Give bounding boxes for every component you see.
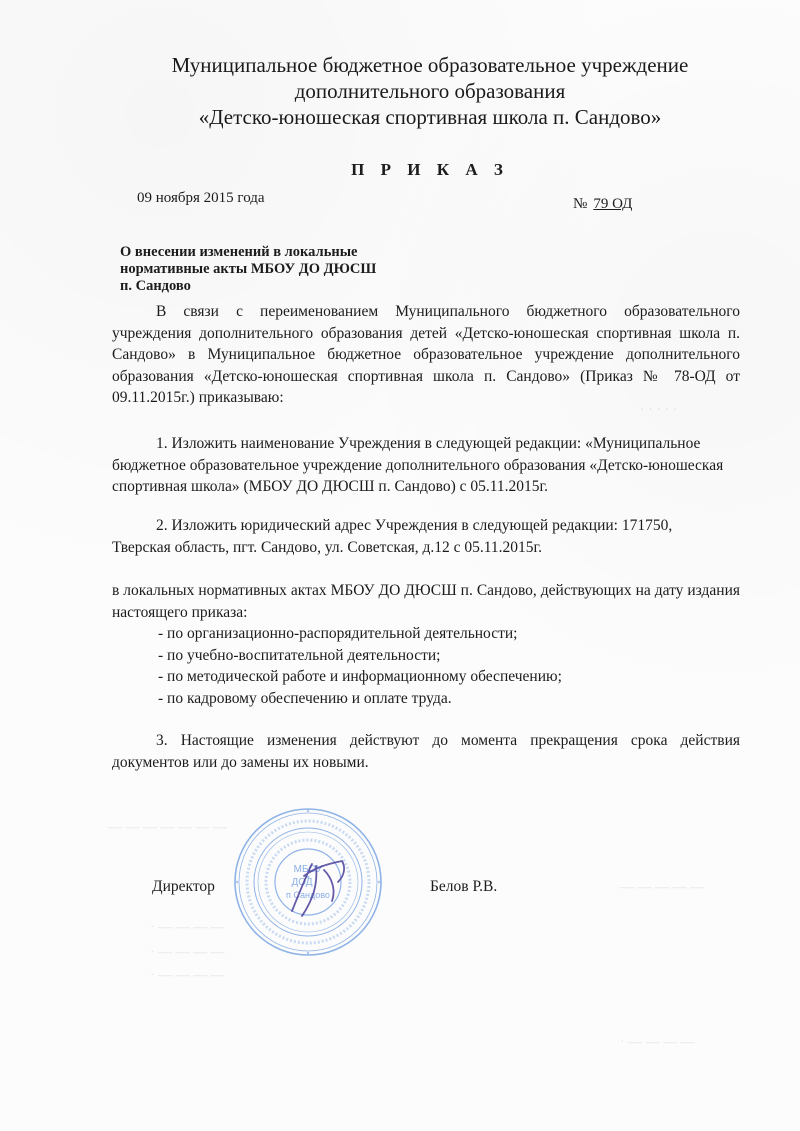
- item-1: 1. Изложить наименование Учреждения в сл…: [112, 433, 734, 498]
- signatory-name: Белов Р.В.: [430, 878, 497, 896]
- signatory-title: Директор: [152, 878, 215, 896]
- order-title: П Р И К А З: [0, 160, 800, 180]
- bleed-through-mark: · — — — —: [620, 1035, 695, 1051]
- item-2: 2. Изложить юридический адрес Учреждения…: [112, 515, 734, 558]
- order-date: 09 ноября 2015 года: [137, 190, 265, 207]
- order-number: №79 ОД: [573, 196, 632, 213]
- order-subject: О внесении изменений в локальные нормати…: [120, 244, 376, 295]
- official-stamp: МБОУ ДОД п Сандово: [232, 806, 384, 958]
- item-3: 3. Настоящие изменения действуют до моме…: [112, 730, 740, 773]
- applies-paragraph: в локальных нормативных актах МБОУ ДО ДЮ…: [112, 580, 740, 623]
- stamp-center-line-3: п Сандово: [286, 890, 330, 900]
- bleed-through-mark: · — — — —: [150, 945, 225, 961]
- subject-line-2: нормативные акты МБОУ ДО ДЮСШ: [120, 261, 376, 278]
- bleed-through-mark: · — — — —: [150, 968, 225, 984]
- intro-paragraph: В связи с переименованием Муниципального…: [112, 301, 740, 409]
- header-line-1: Муниципальное бюджетное образовательное …: [100, 52, 760, 78]
- list-item: - по учебно-воспитательной деятельности;: [158, 645, 562, 667]
- applies-list: - по организационно-распорядительной дея…: [158, 623, 562, 709]
- header-line-2: дополнительного образования: [100, 78, 760, 104]
- stamp-seal-icon: МБОУ ДОД п Сандово: [232, 806, 384, 958]
- list-item: - по организационно-распорядительной дея…: [158, 623, 562, 645]
- institution-header: Муниципальное бюджетное образовательное …: [100, 52, 760, 130]
- subject-line-3: п. Сандово: [120, 278, 376, 295]
- bleed-through-mark: — — — — —: [620, 880, 704, 896]
- list-item: - по методической работе и информационно…: [158, 666, 562, 688]
- bleed-through-mark: — — — — — — —: [108, 820, 227, 836]
- number-sign: №: [573, 196, 587, 212]
- list-item: - по кадровому обеспечению и оплате труд…: [158, 688, 562, 710]
- document-page: Муниципальное бюджетное образовательное …: [0, 0, 800, 1131]
- subject-line-1: О внесении изменений в локальные: [120, 244, 376, 261]
- header-line-3: «Детско-юношеская спортивная школа п. Са…: [100, 104, 760, 130]
- number-value: 79 ОД: [593, 196, 632, 212]
- bleed-through-mark: · — — — —: [150, 920, 225, 936]
